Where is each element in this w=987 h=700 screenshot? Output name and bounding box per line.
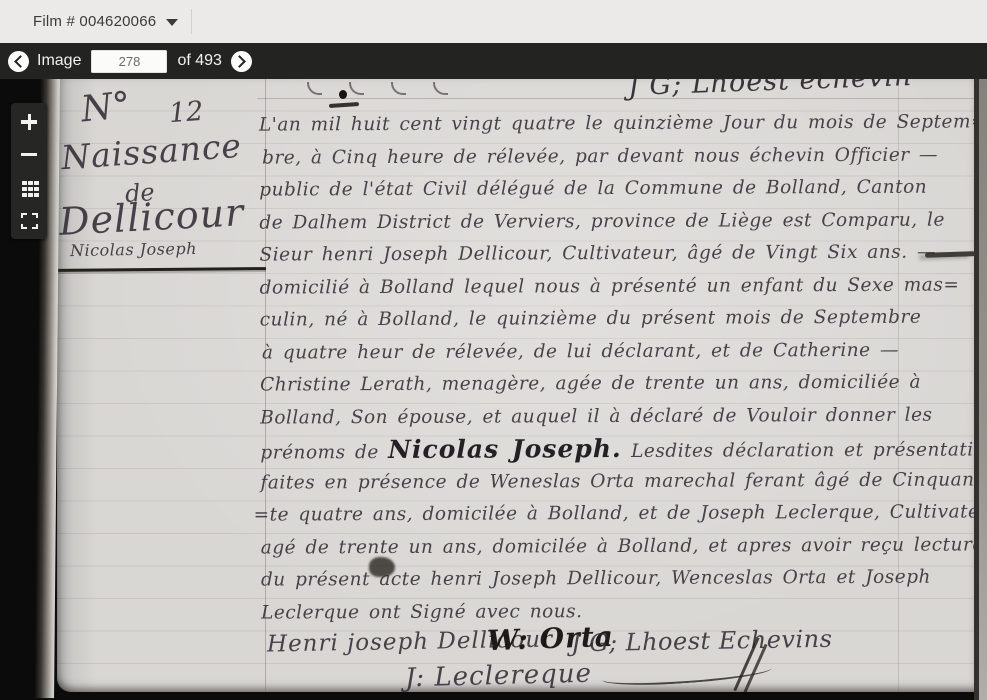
fullscreen-button[interactable] — [13, 206, 45, 236]
manuscript-line: culin, né à Bolland, le quinzième du pré… — [260, 301, 974, 337]
ink-blot — [339, 90, 347, 99]
manuscript-line: du présent acte henri Joseph Dellicour, … — [261, 561, 974, 597]
film-number-label: Film # 004620066 — [33, 13, 156, 30]
manuscript-line: Christine Lerath, menagère, agée de tren… — [260, 366, 974, 402]
fullscreen-corners-icon — [21, 213, 38, 229]
margin-underline — [57, 267, 266, 272]
manuscript-line: public de l'état Civil délégué de la Com… — [259, 171, 974, 207]
ink-stroke-fragment — [433, 82, 448, 95]
plus-icon — [21, 114, 37, 130]
margin-line-naissance: Naissance — [60, 126, 243, 178]
film-selector-dropdown[interactable]: Film # 004620066 — [33, 0, 178, 43]
scanned-document-page[interactable]: J G; Lhoest echevin N° 12 Naissance de D… — [57, 79, 974, 692]
image-navigation-toolbar: Image of 493 — [0, 43, 987, 79]
manuscript-line: faites en présence de Weneslas Orta mare… — [260, 464, 974, 500]
manuscript-line: bre, à Cinq heure de rélevée, par devant… — [259, 139, 974, 175]
ink-stroke-fragment — [391, 82, 406, 95]
chevron-left-icon — [14, 55, 27, 68]
film-bar: Film # 004620066 — [0, 0, 987, 43]
manuscript-line: L'an mil huit cent vingt quatre le quinz… — [259, 106, 974, 142]
zoom-out-button[interactable] — [13, 140, 45, 170]
margin-no-symbol: N° — [79, 85, 133, 131]
signature-leclereque: J: Leclereque — [405, 659, 593, 692]
minus-icon — [21, 153, 37, 157]
manuscript-line: prénoms de Nicolas Joseph. Lesdites décl… — [260, 431, 974, 467]
margin-line-firstnames: Nicolas Joseph — [70, 239, 197, 260]
viewer-tool-panel — [11, 103, 47, 239]
manuscript-line: =te quatre ans, domicilée à Bolland, et … — [254, 496, 974, 532]
ink-stroke-fragment — [349, 82, 364, 95]
manuscript-line: Sieur henri Joseph Dellicour, Cultivateu… — [259, 236, 974, 272]
manuscript-line: domicilié à Bolland lequel nous à présen… — [260, 269, 974, 305]
margin-line-surname: Dellicour — [58, 190, 245, 244]
next-image-button[interactable] — [231, 51, 252, 72]
signature-lhoest: J G; Lhoest Echevins — [571, 625, 833, 658]
adjacent-page-strip — [979, 79, 987, 700]
film-image-viewer: J G; Lhoest echevin N° 12 Naissance de D… — [0, 79, 987, 700]
manuscript-body: L'an mil huit cent vingt quatre le quinz… — [259, 106, 974, 629]
grid-icon — [22, 181, 27, 186]
manuscript-line: à quatre heur de rélevée, de lui déclara… — [260, 334, 974, 370]
ink-blot — [369, 557, 395, 577]
film-bar-divider — [191, 9, 192, 34]
zoom-in-button[interactable] — [13, 107, 45, 137]
ink-dash — [329, 102, 359, 108]
image-label: Image — [37, 52, 81, 70]
multi-image-view-button[interactable] — [13, 173, 45, 203]
previous-image-button[interactable] — [8, 51, 29, 72]
ink-stroke-fragment — [307, 82, 322, 95]
ruled-line — [257, 98, 974, 99]
manuscript-line: agé de trente un ans, domicilée à Bollan… — [261, 529, 974, 565]
page-fold-line — [898, 79, 899, 692]
manuscript-line: Leclerque ont Signé avec nous. — [261, 594, 974, 630]
chevron-right-icon — [234, 55, 247, 68]
image-count-label: of 493 — [177, 52, 221, 70]
caret-down-icon — [166, 19, 178, 26]
child-name-emphasis: Nicolas Joseph. — [388, 434, 622, 464]
manuscript-line: Bolland, Son épouse, et auquel il à décl… — [260, 399, 974, 435]
margin-act-number: 12 — [168, 96, 204, 129]
image-number-input[interactable] — [91, 50, 167, 73]
manuscript-line: de Dalhem District de Verviers, province… — [259, 204, 974, 240]
